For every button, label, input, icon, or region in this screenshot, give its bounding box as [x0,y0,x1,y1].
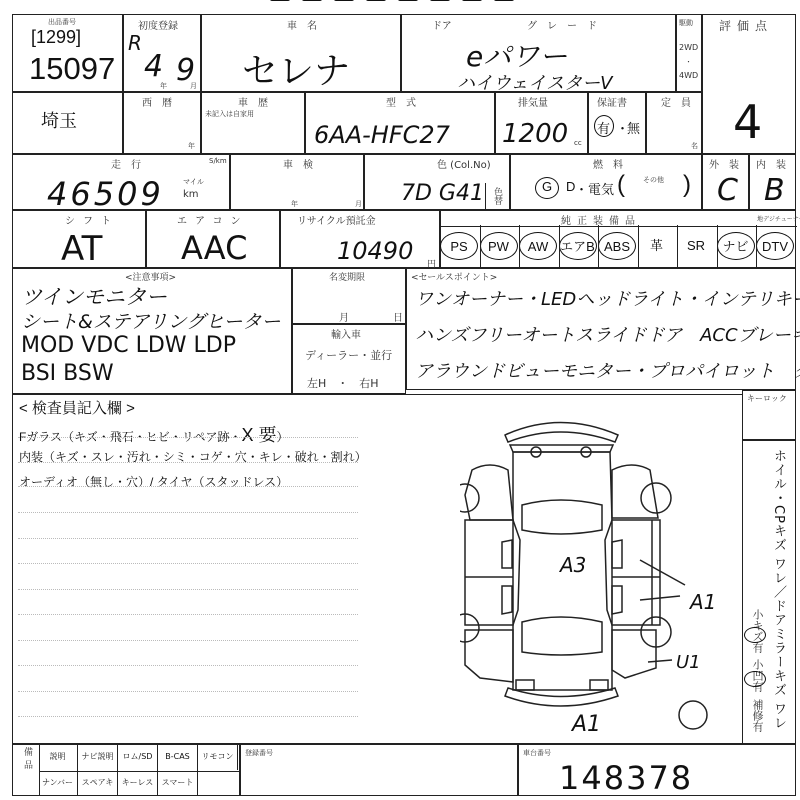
side-vertical-text: ホイル・CPキズ ワレ／ドアミラーキズ ワレ [769,449,788,739]
inspection-month-unit: 月 [355,199,362,209]
warranty-cell: 保証書 有 ・ 無 [588,92,646,154]
title-change-label: 名変期限 [329,270,365,283]
dotted-line [18,614,358,615]
sales-label: <セールスポイント> [411,270,497,283]
score-cell: 評価点 4 [702,14,796,154]
fuel-d: D [566,179,575,194]
month-label: 月 [339,309,349,324]
divider [519,225,520,268]
color-cell: 色 (Col.No) 7D G41 色替 [364,154,510,210]
capacity-label: 定 員 [661,94,691,109]
recycle-label: リサイクル預託金 [297,212,376,227]
displacement-cell: 排気量 1200 cc [495,92,588,154]
mileage-label: 走 行 [111,156,141,171]
dotted-line [18,563,358,564]
mileage-cell: 走 行 S/km 46509 マイル km [12,154,230,210]
inspection-label: 車 検 [283,156,313,171]
divider [717,225,718,268]
dotted-line [18,538,358,539]
caution-line-2: シート&ステアリングヒーター [21,307,281,334]
day-label: 日 [393,309,403,324]
car-name-cell: 車 名 セレナ [201,14,401,92]
year-unit: 年 [188,141,195,151]
interior-label: 内 装 [756,156,786,171]
damage-mark-rear-fender: U1 [676,652,701,673]
sales-line-1: ワンオーナー・LEDヘッドライト・インテリキー [415,285,800,311]
sheet-title-fragment [270,0,570,4]
meter-label: S/km [209,157,227,165]
dotted-line [18,665,358,666]
dotted-line [18,437,358,438]
caution-cell: <注意事項> ツインモニター シート&ステアリングヒーター MOD VDC LD… [12,268,292,394]
inspector-line-3: オーディオ（無し・穴）/ タイヤ（スタッドレス） [19,473,288,490]
score-label: 評価点 [719,17,773,34]
chassis-cell: 車台番号 148378 [518,744,796,796]
first-reg-year: 4 [144,49,163,84]
western-label: 西 暦 [142,94,172,109]
accessory-item: ナンバー [38,770,78,796]
reg-number-label: 登録番号 [245,748,273,758]
drive-cell: 駆動 2WD ・ 4WD [676,14,702,92]
fglass-mark: X 要 [242,425,277,445]
recycle-amount: 10490 [337,237,413,265]
dotted-line [18,486,358,487]
history-label: 車 歴 [238,94,268,109]
interior-cell: 内 装 B [749,154,796,210]
car-name-label: 車 名 [287,17,317,32]
interior-grade: B [764,173,785,208]
first-reg-era: R [128,31,142,55]
accessory-item: スマートキー [158,770,198,796]
model-code: 6AA-HFC27 [314,121,450,149]
fuel-paren-open: ( [617,171,625,199]
mileage: 46509 [47,175,164,213]
accessory-item: 説明 [38,744,78,770]
sales-line-2: ハンズフリーオートスライドドア ACCブレーキ [415,321,800,347]
fuel-other: その他 [643,175,664,185]
divider [677,225,678,268]
aircon-cell: エアコン AAC [146,210,280,268]
inspector-line-1: Fガラス（キズ・飛石・ヒビ・リペア跡・X 要） [19,421,289,447]
accessory-item: ロム/SD [118,744,158,770]
divider [441,226,797,227]
fuel-g: G [542,179,552,194]
first-reg-label: 初度登録 [138,17,178,32]
damage-mark-rear-door: A1 [690,590,716,614]
drive-dot: ・ [685,57,692,67]
displacement-label: 排気量 [518,94,548,109]
shift-value: AT [61,229,102,269]
fuel-electric: 電気 [588,179,614,198]
side-damage-panel: ホイル・CPキズ ワレ／ドアミラーキズ ワレ 小キズ有 小凹有 補修有 [742,440,796,744]
aircon-label: エアコン [177,212,249,227]
equipment-label: 純正装備品 [561,212,641,227]
capacity-cell: 定 員 名 [646,92,702,154]
dotted-line [18,462,358,463]
exterior-label: 外 装 [709,156,739,171]
mile-unit: マイル [183,177,204,187]
equipment-item: SR [677,232,715,260]
sales-cell: <セールスポイント> ワンオーナー・LEDヘッドライト・インテリキー ハンズフリ… [406,268,796,390]
equipment-item: ナビ [717,232,755,260]
divider [480,225,481,268]
car-name: セレナ [242,43,350,94]
dealer-label: ディーラー・並行 [305,347,392,363]
model-label: 型 式 [386,94,416,109]
fuel-label: 燃 料 [593,156,623,171]
damage-mark-rear-bumper: A1 [572,712,601,737]
caution-line-3: MOD VDC LDW LDP [21,333,236,358]
keylock-label: キーロック [747,393,787,404]
accessory-item: キーレス [118,770,158,796]
first-registration-cell: 初度登録 R 4 9 年 月 [123,14,201,92]
divider [559,225,560,268]
keylock-cell: キーロック [742,390,796,440]
warranty-label: 保証書 [597,94,627,109]
fuel-sep: ・ [575,179,588,198]
hand-label: 左H ・ 右H [307,375,379,391]
chassis-label: 車台番号 [523,748,551,758]
caution-line-4: BSI BSW [21,361,114,386]
capacity-unit: 名 [691,141,698,151]
grade-label: グレード [527,17,607,32]
aircon-value: AAC [181,229,247,267]
shift-cell: シフト AT [12,210,146,268]
tuner-label: 地デジチューナー [757,214,800,223]
lot-number: 15097 [29,51,115,87]
dotted-line [18,716,358,717]
equipment-item: 革 [638,232,676,260]
divider [756,225,757,268]
equipment-item: ABS [598,232,636,260]
registration-cell: 登録番号 [240,744,518,796]
divider [485,183,486,211]
exterior-grade: C [717,173,738,208]
inspection-cell: 車 検 年 月 [230,154,364,210]
score-value: 4 [733,95,762,149]
region-cell: 埼玉 [12,92,123,154]
accessory-item: B-CAS [158,744,198,770]
color-label: 色 (Col.No) [437,156,491,171]
model-cell: 型 式 6AA-HFC27 [305,92,495,154]
lot-cell: 出品番号 [1299] 15097 [12,14,123,92]
drive-label: 駆動 [679,18,693,28]
inspection-year-unit: 年 [291,199,298,209]
month-unit: 月 [190,81,197,91]
equipment-item: PW [480,232,518,260]
accessory-item: スペアキー [78,770,118,796]
sales-line-3: アラウンドビューモニター・プロパイロット クルコン [415,357,800,383]
fuel-cell: 燃 料 G D ・ 電気 ( その他 ) [510,154,702,210]
equipment-item: PS [440,232,478,260]
warranty-no: 無 [627,118,640,137]
equipment-item: エアB [559,232,597,260]
accessory-item: ナビ説明 [78,744,118,770]
drive-2wd: 2WD [679,43,698,52]
cc-unit: cc [574,139,582,147]
dotted-line [18,512,358,513]
equipment-item: DTV [756,232,794,260]
recycle-cell: リサイクル預託金 10490 円 [280,210,440,268]
dotted-line [18,691,358,692]
region: 埼玉 [41,107,77,133]
color-change-label: 色替 [491,187,504,205]
accessory-item: リモコン [198,744,238,770]
equipment-item: AW [519,232,557,260]
warranty-yes: 有 [597,118,610,137]
dotted-line [18,589,358,590]
import-label: 輸入車 [331,326,361,341]
displacement: 1200 [502,119,568,149]
grade-cell: ドア グレード eパワー ハイウェイスターV [401,14,676,92]
dotted-line [18,640,358,641]
lot-label: 出品番号 [48,17,76,27]
year-unit: 年 [160,81,167,91]
history-note: 未記入は自家用 [205,109,254,119]
door-label: ドア [432,17,452,32]
inspector-title: < 検査員記入欄 > [19,397,135,418]
divider [638,225,639,268]
history-cell: 車 歴 未記入は自家用 [201,92,305,154]
drive-4wd: 4WD [679,71,698,80]
damage-mark-roof: A3 [560,553,586,577]
shift-label: シフト [65,212,119,227]
western-year-cell: 西 暦 年 [123,92,201,154]
km-unit: km [183,189,199,200]
repair: 補修有 [749,699,765,732]
scratch-circle [744,627,766,643]
divider [598,225,599,268]
lot-bracket: [1299] [31,27,81,48]
import-cell: 輸入車 ディーラー・並行 左H ・ 右H [292,324,406,394]
car-damage-diagram [460,400,740,740]
color-value: 7D G41 [401,181,484,206]
dent-circle [744,671,766,687]
exterior-cell: 外 装 C [702,154,749,210]
accessories-label: 備品 [21,747,34,773]
title-change-cell: 名変期限 月 日 [292,268,406,324]
fuel-paren-close: ) [683,171,691,199]
chassis-number: 148378 [559,759,693,797]
